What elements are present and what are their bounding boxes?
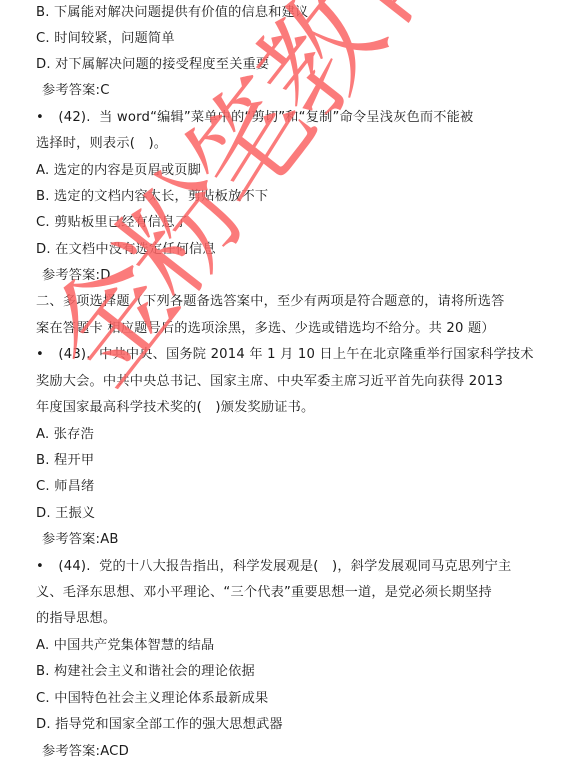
option-letter: B. [36,189,50,204]
answer-q44: 参考答案:ACD [42,743,522,761]
question-q44-line-1: • (44). 党的十八大报告指出，科学发展观是( )，斜学发展观同马克思列宁主 [36,558,516,576]
option-text: 构建社会主义和谐社会的理论依据 [54,664,255,679]
bullet-icon: • [36,558,54,576]
option-text: 中国特色社会主义理论体系最新成果 [54,691,268,706]
option-q42-a: A. 选定的内容是页眉或页脚 [36,162,516,180]
option-letter: B. [36,664,50,679]
option-q43-c: C. 师昌绪 [36,478,516,496]
option-letter: A. [36,427,49,442]
option-letter: D. [36,717,51,732]
option-q44-b: B. 构建社会主义和谐社会的理论依据 [36,663,516,681]
option-text: 选定的内容是页眉或页脚 [54,163,201,178]
question-q42-line-2: 选择时，则表示( )。 [36,135,516,153]
option-letter: A. [36,638,49,653]
option-q43-d: D. 王振义 [36,505,516,523]
answer-q42: 参考答案:D [42,267,522,285]
option-text: 中国共产党集体智慧的结晶 [54,638,215,653]
question-q42-line-1: • (42). 当 word“编辑”菜单中的“剪切”和“复制”命令呈浅灰色而不能… [36,109,516,127]
option-q44-a: A. 中国共产党集体智慧的结晶 [36,637,516,655]
option-text: 程开甲 [54,453,94,468]
option-q41-b: B. 下属能对解决问题提供有价值的信息和建议 [36,4,516,22]
option-letter: B. [36,453,50,468]
bullet-icon: • [36,346,54,364]
question-number: (42). [58,110,90,125]
option-text: 师昌绪 [54,479,94,494]
option-text: 剪贴板里已经有信息了 [54,215,188,230]
question-q43-line-3: 年度国家最高科学技术奖的( )颁发奖励证书。 [36,399,516,417]
answer-q41: 参考答案:C [42,82,522,100]
option-q44-d: D. 指导党和国家全部工作的强大思想武器 [36,716,516,734]
option-text: 指导党和国家全部工作的强大思想武器 [55,717,283,732]
answer-q43: 参考答案:AB [42,531,522,549]
question-q44-line-3: 的指导思想。 [36,610,516,628]
question-text: 当 word“编辑”菜单中的“剪切”和“复制”命令呈浅灰色而不能被 [99,110,473,125]
option-letter: D. [36,57,51,72]
option-text: 下属能对解决问题提供有价值的信息和建议 [54,5,308,20]
document-page: B. 下属能对解决问题提供有价值的信息和建议 C. 时间较紧，问题简单 D. 对… [0,0,579,764]
option-letter: A. [36,163,49,178]
option-text: 张存浩 [54,427,94,442]
question-number: (43). [58,347,90,362]
option-q43-b: B. 程开甲 [36,452,516,470]
option-text: 对下属解决问题的接受程度至关重要 [55,57,269,72]
question-text: 中共中央、国务院 2014 年 1 月 10 日上午在北京隆重举行国家科学技术 [99,347,534,362]
option-text: 在文档中没有选定任何信息 [55,242,216,257]
option-letter: C. [36,691,50,706]
question-q43-line-1: • (43). 中共中央、国务院 2014 年 1 月 10 日上午在北京隆重举… [36,346,516,364]
question-q43-line-2: 奖励大会。中共中央总书记、国家主席、中央军委主席习近平首先向获得 2013 [36,373,516,391]
option-text: 选定的文档内容太长，剪贴板放不下 [54,189,268,204]
section-heading-line-2: 案在答题卡 相应题号后的选项涂黑，多选、少选或错选均不给分。共 20 题） [36,320,516,338]
option-q41-d: D. 对下属解决问题的接受程度至关重要 [36,56,516,74]
question-text: 党的十八大报告指出，科学发展观是( )，斜学发展观同马克思列宁主 [99,559,511,574]
option-letter: C. [36,31,50,46]
question-number: (44). [58,559,90,574]
option-text: 王振义 [55,506,95,521]
bullet-icon: • [36,109,54,127]
option-q44-c: C. 中国特色社会主义理论体系最新成果 [36,690,516,708]
option-q43-a: A. 张存浩 [36,426,516,444]
section-heading-line-1: 二、多项选择题（下列各题备选答案中，至少有两项是符合题意的，请将所选答 [36,293,516,311]
option-q42-d: D. 在文档中没有选定任何信息 [36,241,516,259]
option-q41-c: C. 时间较紧，问题简单 [36,30,516,48]
option-q42-b: B. 选定的文档内容太长，剪贴板放不下 [36,188,516,206]
option-letter: B. [36,5,50,20]
option-letter: D. [36,506,51,521]
option-q42-c: C. 剪贴板里已经有信息了 [36,214,516,232]
option-letter: D. [36,242,51,257]
question-q44-line-2: 义、毛泽东思想、邓小平理论、“三个代表”重要思想一道，是党必须长期坚持 [36,584,516,602]
option-letter: C. [36,215,50,230]
option-letter: C. [36,479,50,494]
option-text: 时间较紧，问题简单 [54,31,175,46]
